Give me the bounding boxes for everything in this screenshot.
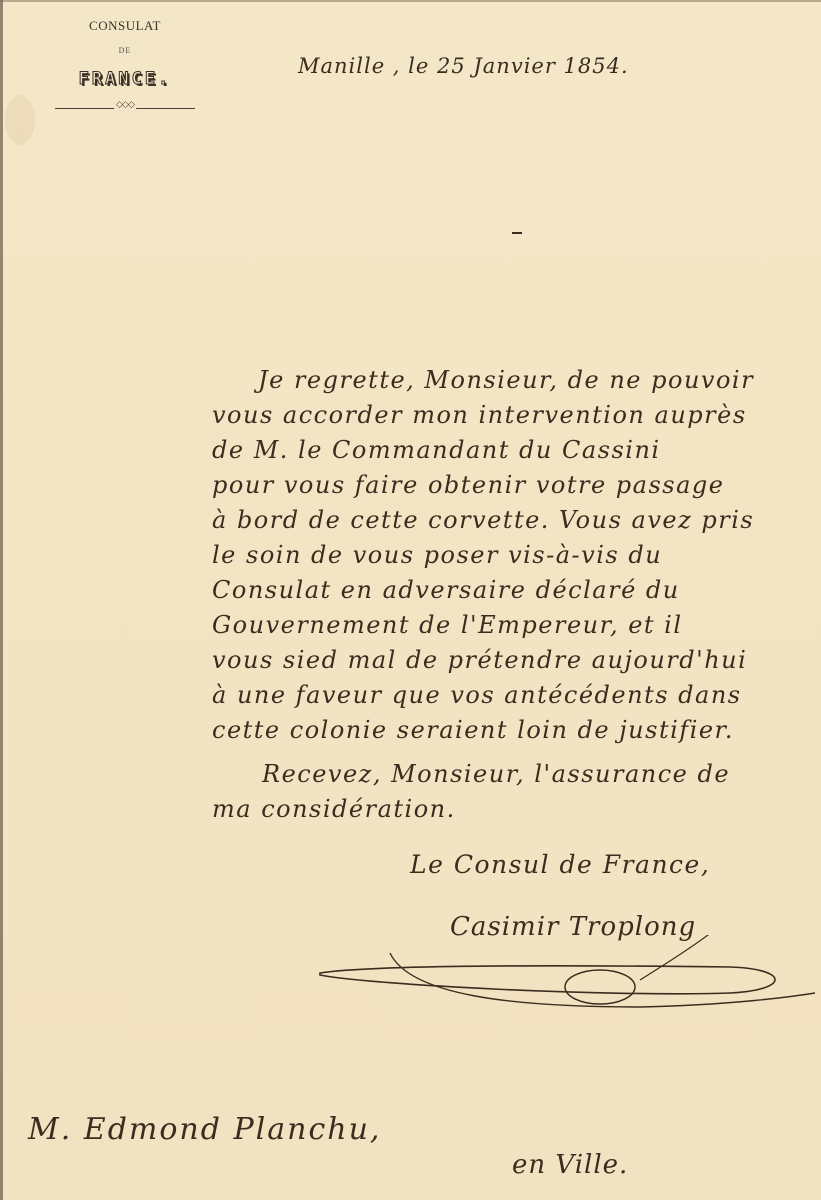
body-line: pour vous faire obtenir votre passage (212, 471, 724, 499)
body-line: à bord de cette corvette. Vous avez pris (212, 506, 754, 534)
signature-title: Le Consul de France, (410, 850, 710, 879)
body-line: Je regrette, Monsieur, de ne pouvoir (258, 366, 754, 394)
signature-flourish-icon (310, 935, 820, 1015)
addressee-name: M. Edmond Planchu, (28, 1112, 381, 1147)
body-line: à une faveur que vos antécédents dans (212, 681, 742, 709)
ink-mark (512, 232, 522, 234)
body-line: cette colonie seraient loin de justifier… (212, 716, 734, 744)
letterhead-consulat: CONSULAT (40, 18, 210, 34)
paper-edge-left (0, 0, 3, 1200)
body-line: le soin de vous poser vis-à-vis du (212, 541, 662, 569)
addressee-place: en Ville. (512, 1150, 628, 1180)
closing-line: ma considération. (212, 795, 456, 823)
body-line: Consulat en adversaire déclaré du (212, 576, 680, 604)
letterhead-france: FRANCE. (40, 69, 210, 89)
letterhead-de: DE (40, 46, 210, 55)
letterhead: CONSULAT DE FRANCE. ◇◇◇ (40, 12, 210, 113)
body-line: de M. le Commandant du Cassini (212, 436, 661, 464)
letterhead-divider: ◇◇◇ (55, 103, 195, 113)
paper-stain (5, 95, 35, 145)
closing-line: Recevez, Monsieur, l'assurance de (262, 760, 730, 788)
body-line: vous sied mal de prétendre aujourd'hui (212, 646, 747, 674)
body-line: vous accorder mon intervention auprès (212, 401, 747, 429)
dateline: Manille , le 25 Janvier 1854. (298, 54, 629, 78)
paper-edge-top (0, 0, 821, 2)
body-line: Gouvernement de l'Empereur, et il (212, 611, 683, 639)
diamond-ornament-icon: ◇◇◇ (114, 100, 136, 110)
